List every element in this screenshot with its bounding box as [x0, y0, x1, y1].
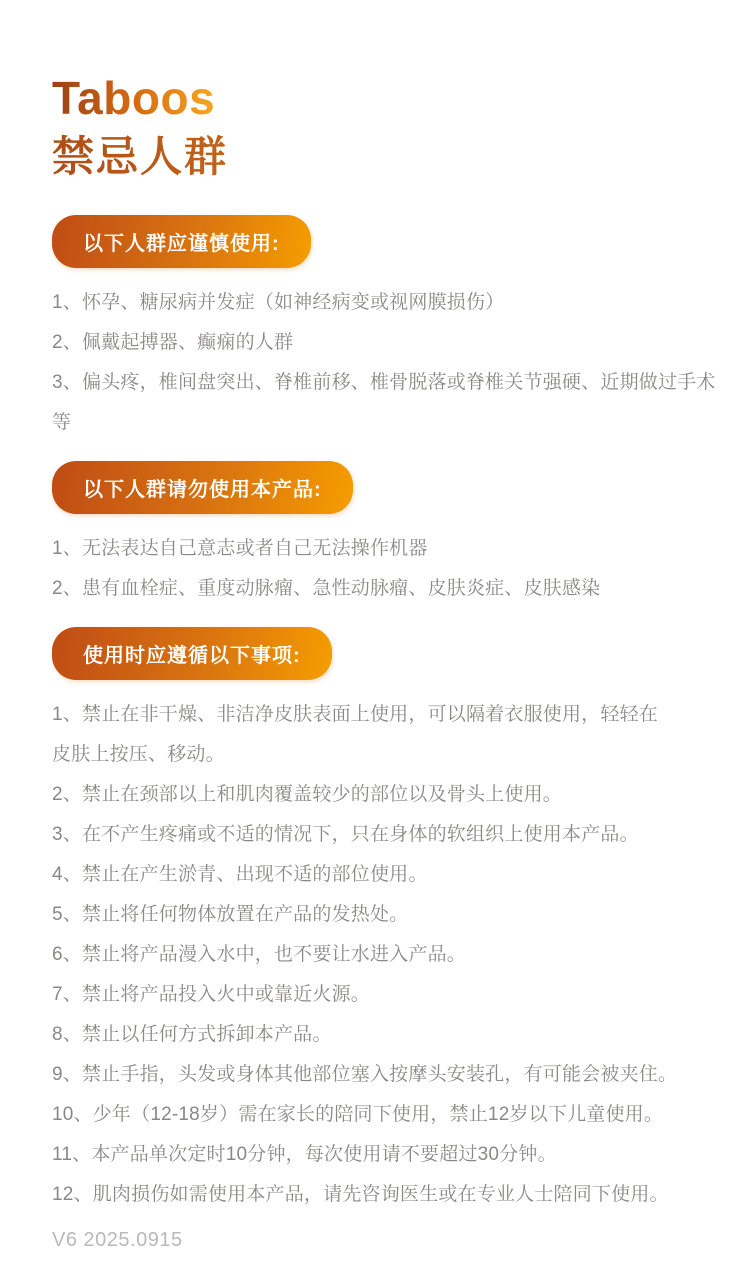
list-item: 12、肌肉损伤如需使用本产品，请先咨询医生或在专业人士陪同下使用。: [52, 1175, 722, 1215]
list-item: 2、禁止在颈部以上和肌肉覆盖较少的部位以及骨头上使用。: [52, 775, 722, 815]
version-label: V6 2025.0915: [52, 1229, 722, 1252]
list-item: 1、怀孕、糖尿病并发症（如神经病变或视网膜损伤）: [52, 283, 722, 323]
list-item: 8、禁止以任何方式拆卸本产品。: [52, 1015, 722, 1055]
section-usage-rules: 使用时应遵循以下事项: 1、禁止在非干燥、非洁净皮肤表面上使用，可以隔着衣服使用…: [52, 627, 722, 1215]
usage-rules-badge: 使用时应遵循以下事项:: [52, 627, 332, 680]
caution-badge: 以下人群应谨慎使用:: [52, 215, 311, 268]
page-title-english: Taboos: [52, 72, 215, 125]
list-item: 11、本产品单次定时10分钟，每次使用请不要超过30分钟。: [52, 1135, 722, 1175]
list-item: 3、偏头疼，椎间盘突出、脊椎前移、椎骨脱落或脊椎关节强硬、近期做过手术等: [52, 363, 722, 443]
section-use-with-caution: 以下人群应谨慎使用: 1、怀孕、糖尿病并发症（如神经病变或视网膜损伤） 2、佩戴…: [52, 215, 722, 443]
list-item: 5、禁止将任何物体放置在产品的发热处。: [52, 895, 722, 935]
list-item: 7、禁止将产品投入火中或靠近火源。: [52, 975, 722, 1015]
usage-rules-item-list: 1、禁止在非干燥、非洁净皮肤表面上使用，可以隔着衣服使用，轻轻在 皮肤上按压、移…: [52, 695, 722, 1215]
list-item: 2、患有血栓症、重度动脉瘤、急性动脉瘤、皮肤炎症、皮肤感染: [52, 569, 722, 609]
caution-item-list: 1、怀孕、糖尿病并发症（如神经病变或视网膜损伤） 2、佩戴起搏器、癫痫的人群 3…: [52, 283, 722, 443]
taboos-info-page: Taboos 禁忌人群 以下人群应谨慎使用: 1、怀孕、糖尿病并发症（如神经病变…: [0, 0, 750, 1281]
list-item: 1、无法表达自己意志或者自己无法操作机器: [52, 529, 722, 569]
do-not-use-badge: 以下人群请勿使用本产品:: [52, 461, 353, 514]
section-do-not-use: 以下人群请勿使用本产品: 1、无法表达自己意志或者自己无法操作机器 2、患有血栓…: [52, 461, 722, 609]
list-item: 2、佩戴起搏器、癫痫的人群: [52, 323, 722, 363]
list-item: 4、禁止在产生淤青、出现不适的部位使用。: [52, 855, 722, 895]
page-title-chinese: 禁忌人群: [52, 133, 722, 181]
list-item: 9、禁止手指，头发或身体其他部位塞入按摩头安装孔，有可能会被夹住。: [52, 1055, 722, 1095]
list-item: 10、少年（12-18岁）需在家长的陪同下使用，禁止12岁以下儿童使用。: [52, 1095, 722, 1135]
list-item: 6、禁止将产品漫入水中，也不要让水进入产品。: [52, 935, 722, 975]
list-item: 1、禁止在非干燥、非洁净皮肤表面上使用，可以隔着衣服使用，轻轻在 皮肤上按压、移…: [52, 695, 722, 775]
do-not-use-item-list: 1、无法表达自己意志或者自己无法操作机器 2、患有血栓症、重度动脉瘤、急性动脉瘤…: [52, 529, 722, 609]
list-item: 3、在不产生疼痛或不适的情况下，只在身体的软组织上使用本产品。: [52, 815, 722, 855]
